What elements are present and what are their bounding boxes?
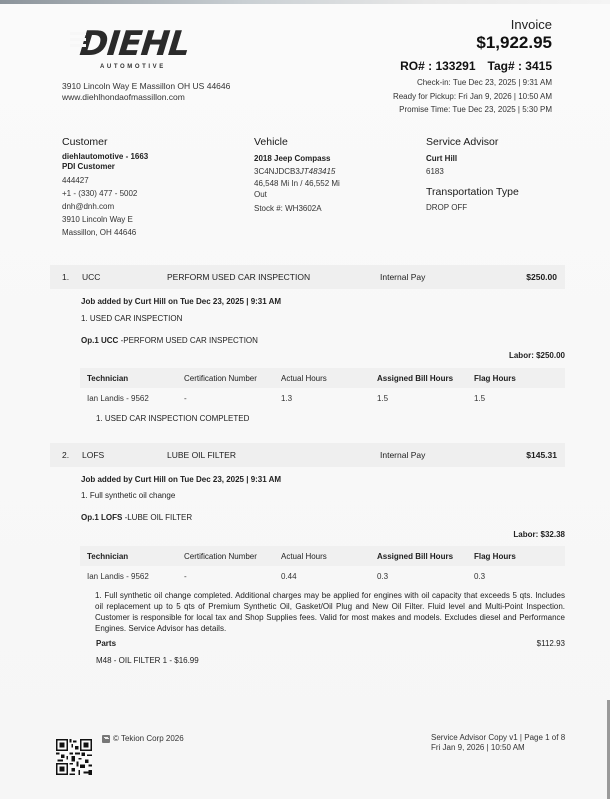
transportation-value: DROP OFF — [426, 201, 519, 214]
customer-name: diehlautomotive - 1663 — [62, 152, 148, 162]
op-code: Op.1 UCC — [81, 336, 118, 345]
vehicle-vin: 3C4NJDCB3JT483415 — [254, 165, 340, 178]
job-description: LUBE OIL FILTER — [167, 450, 236, 460]
job-number: 2. — [62, 450, 69, 460]
cell-assigned-bill-hours: 0.3 — [377, 572, 388, 581]
customer-city: Massillon, OH 44646 — [62, 226, 148, 239]
op-description: -LUBE OIL FILTER — [122, 513, 192, 522]
ready-for-pickup-time: Ready for Pickup: Fri Jan 9, 2026 | 10:5… — [393, 90, 552, 104]
parts-total: $112.93 — [537, 639, 565, 648]
ro-tag-line: RO# : 133291Tag# : 3415 — [400, 59, 552, 73]
customer-type: PDI Customer — [62, 162, 148, 172]
technician-table-2: Technician Certification Number Actual H… — [80, 546, 565, 584]
promise-time: Promise Time: Tue Dec 23, 2025 | 5:30 PM — [393, 103, 552, 117]
technician-table-header: Technician Certification Number Actual H… — [80, 368, 565, 388]
cell-technician: Ian Landis - 9562 — [87, 394, 149, 403]
job-added-by: Job added by Curt Hill on Tue Dec 23, 20… — [81, 297, 281, 306]
col-certification: Certification Number — [184, 552, 257, 561]
cell-assigned-bill-hours: 1.5 — [377, 394, 388, 403]
table-row: Ian Landis - 9562 - 1.3 1.5 1.5 — [80, 388, 565, 406]
job-header-1: 1. UCC PERFORM USED CAR INSPECTION Inter… — [50, 265, 565, 289]
job-operation: Op.1 UCC -PERFORM USED CAR INSPECTION — [81, 336, 258, 345]
col-actual-hours: Actual Hours — [281, 374, 327, 383]
col-technician: Technician — [87, 374, 128, 383]
op-description: -PERFORM USED CAR INSPECTION — [118, 336, 258, 345]
table-row: Ian Landis - 9562 - 0.44 0.3 0.3 — [80, 566, 565, 584]
op-code: Op.1 LOFS — [81, 513, 122, 522]
cell-certification: - — [184, 394, 187, 403]
printed-timestamp: Fri Jan 9, 2026 | 10:50 AM — [431, 743, 565, 753]
ro-number: RO# : 133291 — [400, 59, 475, 73]
vin-suffix: JT483415 — [300, 167, 336, 176]
transportation-heading: Transportation Type — [426, 186, 519, 198]
check-in-time: Check-in: Tue Dec 23, 2025 | 9:31 AM — [393, 76, 552, 90]
job-operation: Op.1 LOFS -LUBE OIL FILTER — [81, 513, 192, 522]
vehicle-mileage-out: Out — [254, 189, 340, 200]
dealer-website: www.diehlhondaofmassillon.com — [62, 92, 230, 103]
vin-prefix: 3C4NJDCB3 — [254, 167, 300, 176]
footer-page-info: Service Advisor Copy v1 | Page 1 of 8 Fr… — [431, 733, 565, 753]
cell-actual-hours: 0.44 — [281, 572, 297, 581]
job-added-by: Job added by Curt Hill on Tue Dec 23, 20… — [81, 475, 281, 484]
logo-speed-lines-icon — [70, 32, 86, 52]
job-correction: 1. Full synthetic oil change completed. … — [95, 590, 565, 634]
job-labor: Labor: $250.00 — [509, 351, 565, 360]
advisor-section: Service Advisor Curt Hill 6183 Transport… — [426, 136, 519, 214]
customer-street: 3910 Lincoln Way E — [62, 213, 148, 226]
advisor-id: 6183 — [426, 165, 519, 178]
part-line: M48 - OIL FILTER 1 - $16.99 — [96, 656, 199, 665]
invoice-dates: Check-in: Tue Dec 23, 2025 | 9:31 AM Rea… — [393, 76, 552, 117]
copyright-text: © Tekion Corp 2026 — [113, 734, 184, 743]
customer-section: Customer diehlautomotive - 1663 PDI Cust… — [62, 136, 148, 239]
cell-flag-hours: 1.5 — [474, 394, 485, 403]
vehicle-stock: Stock #: WH3602A — [254, 202, 340, 215]
logo-wordmark: DIEHL — [78, 24, 191, 64]
job-code: LOFS — [82, 450, 104, 460]
job-pay-type: Internal Pay — [380, 450, 425, 460]
job-code: UCC — [82, 272, 100, 282]
customer-heading: Customer — [62, 136, 148, 148]
tekion-logo-icon — [102, 735, 110, 743]
dealer-logo: DIEHL AUTOMOTIVE — [70, 24, 190, 72]
invoice-total: $1,922.95 — [476, 33, 552, 53]
col-technician: Technician — [87, 552, 128, 561]
job-amount: $250.00 — [526, 272, 557, 282]
vehicle-mileage-in: 46,548 Mi In / 46,552 Mi — [254, 178, 340, 189]
job-pay-type: Internal Pay — [380, 272, 425, 282]
cell-actual-hours: 1.3 — [281, 394, 292, 403]
cell-flag-hours: 0.3 — [474, 572, 485, 581]
logo-subtext: AUTOMOTIVE — [100, 64, 166, 70]
col-flag-hours: Flag Hours — [474, 374, 516, 383]
dealer-address: 3910 Lincoln Way E Massillon OH US 44646 — [62, 81, 230, 92]
copy-page-info: Service Advisor Copy v1 | Page 1 of 8 — [431, 733, 565, 743]
advisor-name: Curt Hill — [426, 152, 519, 165]
col-assigned-bill-hours: Assigned Bill Hours — [377, 552, 453, 561]
advisor-heading: Service Advisor — [426, 136, 519, 148]
vehicle-heading: Vehicle — [254, 136, 340, 148]
col-flag-hours: Flag Hours — [474, 552, 516, 561]
footer-copyright: © Tekion Corp 2026 — [102, 734, 184, 743]
col-actual-hours: Actual Hours — [281, 552, 327, 561]
invoice-label: Invoice — [511, 17, 552, 32]
vehicle-name: 2018 Jeep Compass — [254, 152, 340, 165]
technician-table-header: Technician Certification Number Actual H… — [80, 546, 565, 566]
col-certification: Certification Number — [184, 374, 257, 383]
job-description: PERFORM USED CAR INSPECTION — [167, 272, 310, 282]
customer-phone: +1 - (330) 477 - 5002 — [62, 187, 148, 200]
qr-code-icon — [56, 739, 92, 775]
job-concern: 1. USED CAR INSPECTION — [81, 314, 182, 323]
job-labor: Labor: $32.38 — [513, 530, 565, 539]
job-header-2: 2. LOFS LUBE OIL FILTER Internal Pay $14… — [50, 443, 565, 467]
job-number: 1. — [62, 272, 69, 282]
job-correction: 1. USED CAR INSPECTION COMPLETED — [96, 414, 249, 423]
scan-edge-top — [0, 0, 610, 4]
invoice-page: DIEHL AUTOMOTIVE 3910 Lincoln Way E Mass… — [0, 0, 610, 799]
cell-technician: Ian Landis - 9562 — [87, 572, 149, 581]
parts-label: Parts — [96, 639, 116, 648]
col-assigned-bill-hours: Assigned Bill Hours — [377, 374, 453, 383]
tag-number: Tag# : 3415 — [488, 59, 552, 73]
cell-certification: - — [184, 572, 187, 581]
technician-table-1: Technician Certification Number Actual H… — [80, 368, 565, 406]
customer-id: 444427 — [62, 174, 148, 187]
job-concern: 1. Full synthetic oil change — [81, 491, 175, 500]
vehicle-section: Vehicle 2018 Jeep Compass 3C4NJDCB3JT483… — [254, 136, 340, 215]
customer-email: dnh@dnh.com — [62, 200, 148, 213]
dealer-address-block: 3910 Lincoln Way E Massillon OH US 44646… — [62, 81, 230, 103]
job-amount: $145.31 — [526, 450, 557, 460]
